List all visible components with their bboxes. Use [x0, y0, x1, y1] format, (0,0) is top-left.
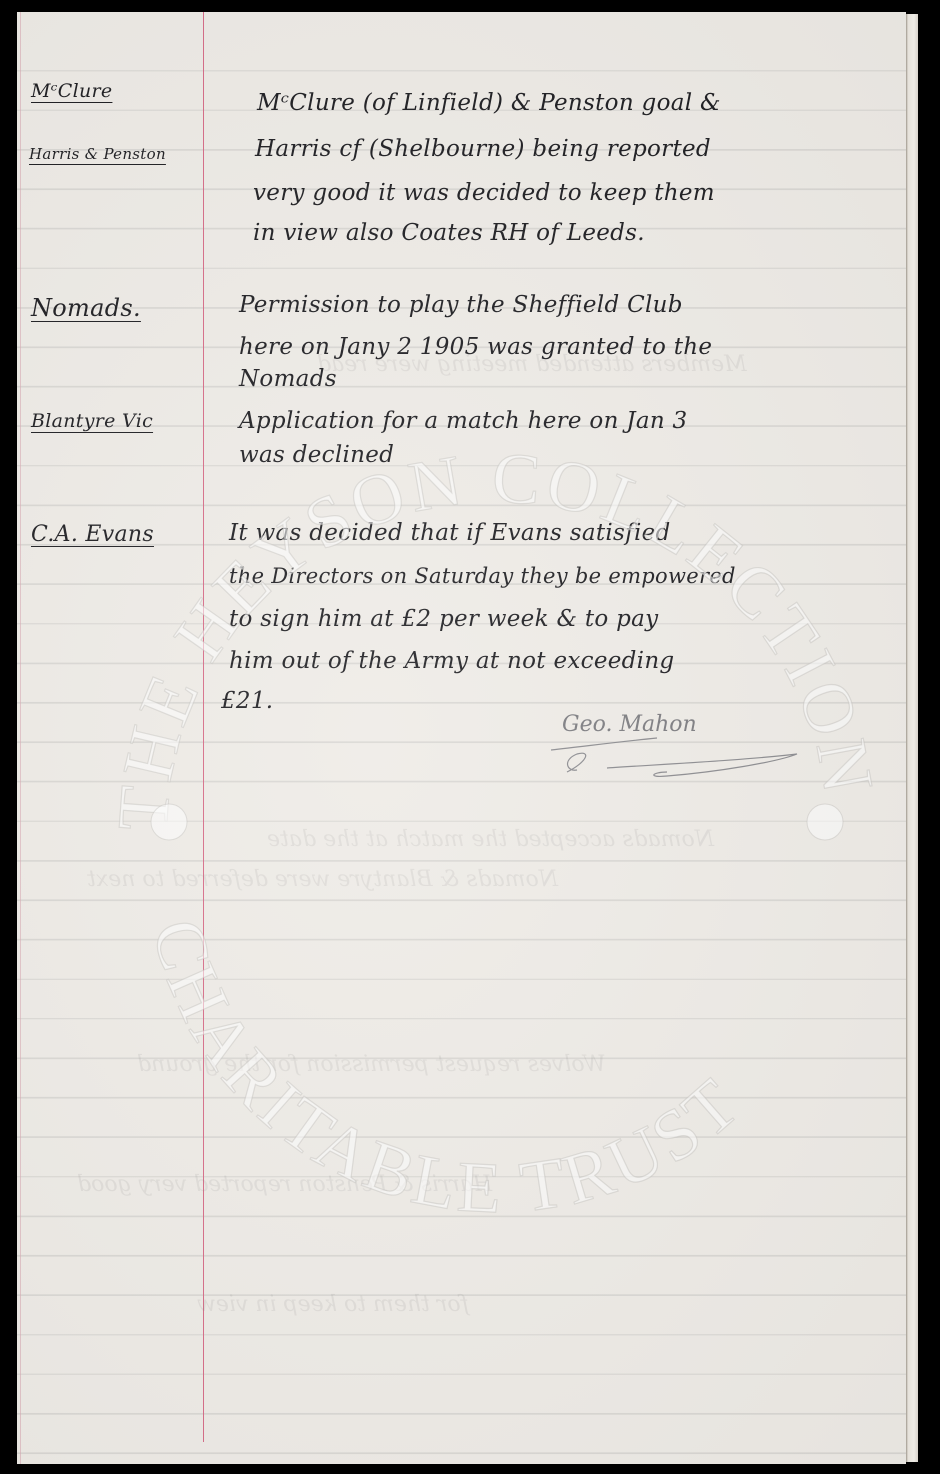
watermark-dot-right	[807, 804, 843, 840]
entry-text-line: the Directors on Saturday they be empowe…	[229, 564, 736, 588]
manuscript-page: Members attended meeting were read Nomad…	[17, 12, 906, 1464]
watermark-dot-left	[151, 804, 187, 840]
entry-text-line: was declined	[239, 442, 394, 468]
entry-text-line: £21.	[221, 688, 273, 714]
bleed-through-text: Nomads accepted the match at the date	[267, 827, 714, 852]
bleed-through-text: for them to keep in view	[197, 1292, 469, 1317]
entry-text-line: Application for a match here on Jan 3	[239, 408, 688, 434]
entry-text-line: MᶜClure (of Linfield) & Penston goal &	[257, 90, 721, 116]
entry-label-nomads: Nomads.	[31, 294, 141, 322]
entry-text-line: Nomads	[239, 366, 337, 392]
bleed-through-text: Harris & Penston reported very good	[77, 1172, 492, 1197]
page-left-edge-rule	[20, 12, 21, 1464]
bleed-through-text: Nomads & Blantyre were deferred to next	[87, 867, 558, 892]
entry-label-mcclure: MᶜClure	[31, 80, 112, 102]
entry-text-line: It was decided that if Evans satisfied	[229, 520, 671, 546]
signature-flourish-icon	[547, 732, 807, 782]
entry-label-blantyre-vic: Blantyre Vic	[31, 410, 153, 432]
entry-label-ca-evans: C.A. Evans	[31, 522, 154, 547]
entry-label-harris-penston: Harris & Penston	[29, 145, 166, 163]
entry-text-line: here on Jany 2 1905 was granted to the	[239, 334, 712, 360]
red-margin-rule	[203, 12, 204, 1442]
entry-text-line: very good it was decided to keep them	[253, 180, 715, 206]
entry-text-line: in view also Coates RH of Leeds.	[253, 220, 645, 246]
page-binding-edge	[906, 14, 918, 1462]
entry-text-line: Harris cf (Shelbourne) being reported	[255, 136, 711, 162]
entry-text-line: him out of the Army at not exceeding	[229, 648, 674, 674]
bleed-through-text: Wolves request permission for the ground	[137, 1052, 606, 1077]
entry-text-line: Permission to play the Sheffield Club	[239, 292, 683, 318]
entry-text-line: to sign him at £2 per week & to pay	[229, 606, 658, 632]
